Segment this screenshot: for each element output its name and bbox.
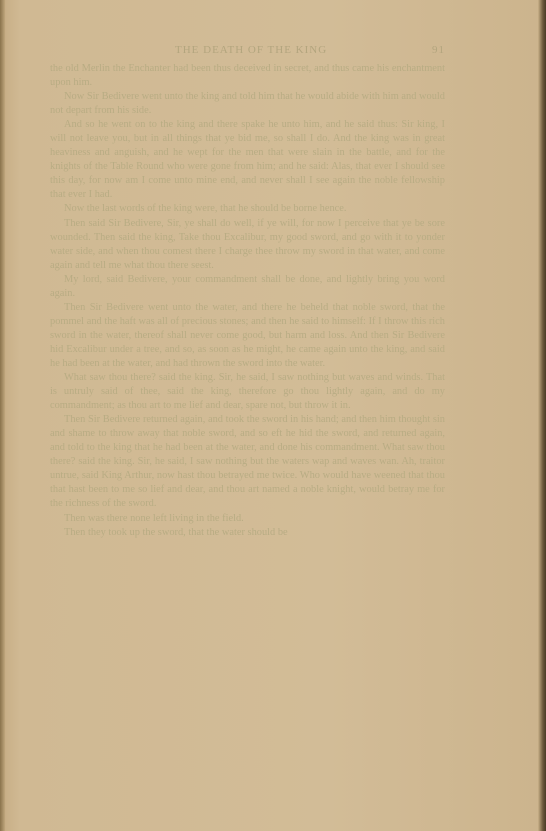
paragraph: Then they took up the sword, that the wa… [50,526,445,540]
paragraph: Then Sir Bedivere returned again, and to… [50,413,445,511]
page-number: 91 [432,44,445,56]
page-gutter-shadow [0,0,5,831]
paragraph: What saw thou there? said the king. Sir,… [50,371,445,413]
book-page: THE DEATH OF THE KING 91 the old Merlin … [0,0,546,831]
paragraph: Then was there none left living in the f… [50,512,445,526]
paragraph: Then said Sir Bedivere, Sir, ye shall do… [50,217,445,273]
paragraph: the old Merlin the Enchanter had been th… [50,62,445,90]
paragraph: And so he went on to the king and there … [50,118,445,202]
running-header: THE DEATH OF THE KING 91 [55,44,445,60]
paragraph: Now the last words of the king were, tha… [50,202,445,216]
paragraph: Now Sir Bedivere went unto the king and … [50,90,445,118]
page-edge-shadow [538,0,546,831]
paragraph: My lord, said Bedivere, your commandment… [50,273,445,301]
paragraph: Then Sir Bedivere went unto the water, a… [50,301,445,371]
running-title: THE DEATH OF THE KING [175,44,327,56]
body-text: the old Merlin the Enchanter had been th… [50,62,445,540]
